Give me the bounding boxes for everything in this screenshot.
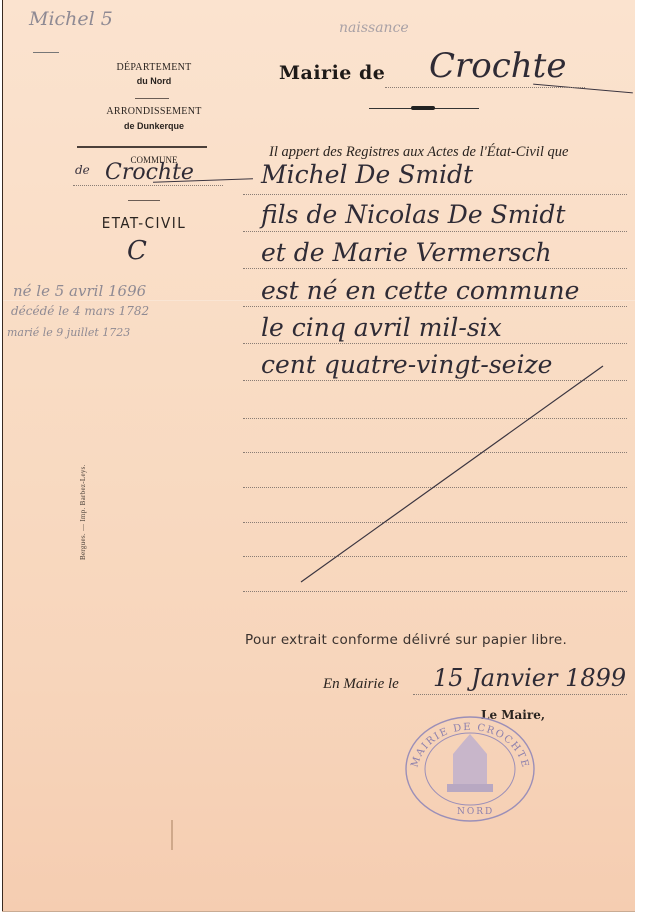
arrondissement-block: ARRONDISSEMENT de Dunkerque [79, 106, 229, 131]
margin-note-birth: né le 5 avril 1696 [13, 282, 146, 300]
line-birthplace: est né en cette commune [261, 276, 579, 305]
ruled-line [243, 306, 627, 307]
divider-double [77, 146, 207, 148]
departement-value: du Nord [79, 76, 229, 86]
date-dotted-line [413, 694, 627, 695]
commune-dotted-line [73, 185, 223, 186]
pencil-note-type: naissance [339, 20, 409, 36]
line-date-1: le cinq avril mil-six [261, 313, 502, 342]
divider-ornament [128, 200, 160, 201]
line-mother: et de Marie Vermersch [261, 238, 552, 267]
ruled-line [243, 268, 627, 269]
place-label: En Mairie le [323, 676, 399, 693]
section-title: ETAT-CIVIL [69, 214, 219, 232]
official-seal: MAIRIE DE CROCHTE NORD [403, 714, 537, 824]
document-paper: Michel 5 naissance DÉPARTEMENT du Nord A… [2, 0, 635, 911]
mairie-dotted-line [385, 87, 585, 88]
body-intro: Il appert des Registres aux Actes de l'É… [269, 144, 568, 161]
departement-label: DÉPARTEMENT [79, 62, 229, 73]
printer-imprint: Bergues. — Imp. Barbez-Leys. [79, 464, 87, 560]
line-father: fils de Nicolas De Smidt [261, 200, 565, 229]
paper-crease-mark [171, 820, 173, 850]
mairie-flourish [533, 84, 633, 94]
pencil-note-name: Michel 5 [29, 8, 113, 30]
title-ornament-center [411, 106, 435, 110]
margin-note-marriage: marié le 9 juillet 1723 [7, 326, 130, 339]
ruled-line [243, 343, 627, 344]
ruled-line [243, 194, 627, 195]
divider-short [135, 98, 169, 99]
svg-text:NORD: NORD [457, 807, 494, 817]
date-value: 15 Janvier 1899 [433, 664, 626, 692]
certification-text: Pour extrait conforme délivré sur papier… [245, 632, 567, 648]
line-name: Michel De Smidt [261, 160, 473, 189]
arrondissement-value: de Dunkerque [79, 121, 229, 131]
departement-block: DÉPARTEMENT du Nord [79, 62, 229, 86]
strike-through-line [293, 360, 613, 590]
pencil-underline [33, 52, 59, 53]
ruled-line [243, 231, 627, 232]
mairie-value: Crochte [429, 46, 566, 86]
commune-prefix: de [75, 163, 90, 177]
margin-note-death: décédé le 4 mars 1782 [11, 304, 149, 318]
section-initial: C [127, 236, 147, 266]
mairie-label: Mairie de [279, 62, 385, 84]
ruled-line [243, 591, 627, 592]
arrondissement-label: ARRONDISSEMENT [79, 106, 229, 117]
